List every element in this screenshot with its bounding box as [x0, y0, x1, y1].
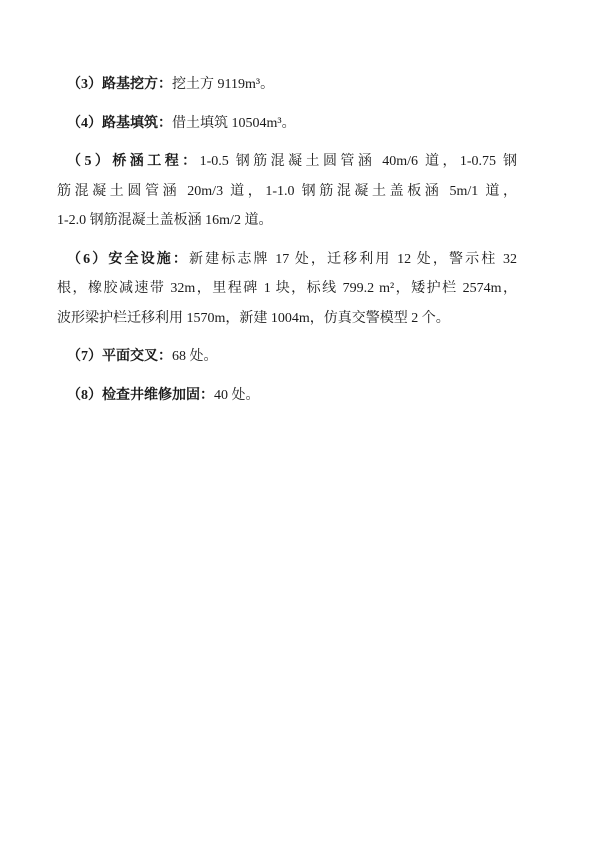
- item-3-roadbed-excavation-label: （3）路基挖方：: [67, 77, 172, 92]
- item-7-plane-intersections-label: （7）平面交叉：: [67, 349, 172, 364]
- item-5-bridge-culvert-works-line-3: 1-2.0 钢筋混凝土盖板涵 16m/2 道。: [57, 206, 517, 236]
- item-8-manhole-repair-reinforcement-label: （8）检查井维修加固：: [67, 388, 214, 403]
- item-6-safety-facilities: （6）安全设施：新建标志牌 17 处，迁移利用 12 处，警示柱 32根，橡胶减…: [57, 245, 517, 334]
- item-5-bridge-culvert-works-body-text: 1-0.5 钢筋混凝土圆管涵 40m/6 道，1-0.75 钢: [200, 154, 517, 169]
- item-5-bridge-culvert-works-body-text: 1-2.0 钢筋混凝土盖板涵 16m/2 道。: [57, 213, 272, 228]
- item-6-safety-facilities-line-3: 波形梁护栏迁移利用 1570m，新建 1004m，仿真交警模型 2 个。: [57, 304, 517, 334]
- item-5-bridge-culvert-works-line-1: （5）桥涵工程：1-0.5 钢筋混凝土圆管涵 40m/6 道，1-0.75 钢: [57, 147, 517, 177]
- item-3-roadbed-excavation-body-text: 挖土方 9119m³。: [172, 77, 274, 92]
- item-8-manhole-repair-reinforcement-body-text: 40 处。: [214, 388, 260, 403]
- item-4-roadbed-filling-line-1: （4）路基填筑：借土填筑 10504m³。: [57, 109, 517, 139]
- item-8-manhole-repair-reinforcement: （8）检查井维修加固：40 处。: [57, 381, 517, 411]
- item-5-bridge-culvert-works-label: （5）桥涵工程：: [67, 154, 200, 169]
- item-3-roadbed-excavation: （3）路基挖方：挖土方 9119m³。: [57, 70, 517, 100]
- item-6-safety-facilities-body-text: 波形梁护栏迁移利用 1570m，新建 1004m，仿真交警模型 2 个。: [57, 311, 450, 326]
- item-6-safety-facilities-label: （6）安全设施：: [67, 252, 189, 267]
- item-6-safety-facilities-body-text: 新建标志牌 17 处，迁移利用 12 处，警示柱 32: [189, 252, 517, 267]
- item-5-bridge-culvert-works-body-text: 筋混凝土圆管涵 20m/3 道，1-1.0 钢筋混凝土盖板涵 5m/1 道，: [57, 184, 517, 199]
- item-6-safety-facilities-line-1: （6）安全设施：新建标志牌 17 处，迁移利用 12 处，警示柱 32: [57, 245, 517, 275]
- item-7-plane-intersections-body-text: 68 处。: [172, 349, 218, 364]
- item-4-roadbed-filling-body-text: 借土填筑 10504m³。: [172, 116, 296, 131]
- document-content: （3）路基挖方：挖土方 9119m³。（4）路基填筑：借土填筑 10504m³。…: [57, 70, 517, 419]
- item-8-manhole-repair-reinforcement-line-1: （8）检查井维修加固：40 处。: [57, 381, 517, 411]
- item-6-safety-facilities-body-text: 根，橡胶减速带 32m，里程碑 1 块，标线 799.2 m²，矮护栏 2574…: [57, 281, 517, 296]
- item-5-bridge-culvert-works-line-2: 筋混凝土圆管涵 20m/3 道，1-1.0 钢筋混凝土盖板涵 5m/1 道，: [57, 177, 517, 207]
- item-4-roadbed-filling-label: （4）路基填筑：: [67, 116, 172, 131]
- item-4-roadbed-filling: （4）路基填筑：借土填筑 10504m³。: [57, 109, 517, 139]
- item-5-bridge-culvert-works: （5）桥涵工程：1-0.5 钢筋混凝土圆管涵 40m/6 道，1-0.75 钢筋…: [57, 147, 517, 236]
- item-6-safety-facilities-line-2: 根，橡胶减速带 32m，里程碑 1 块，标线 799.2 m²，矮护栏 2574…: [57, 274, 517, 304]
- item-7-plane-intersections: （7）平面交叉：68 处。: [57, 342, 517, 372]
- item-7-plane-intersections-line-1: （7）平面交叉：68 处。: [57, 342, 517, 372]
- document-page: （3）路基挖方：挖土方 9119m³。（4）路基填筑：借土填筑 10504m³。…: [0, 0, 595, 841]
- item-3-roadbed-excavation-line-1: （3）路基挖方：挖土方 9119m³。: [57, 70, 517, 100]
